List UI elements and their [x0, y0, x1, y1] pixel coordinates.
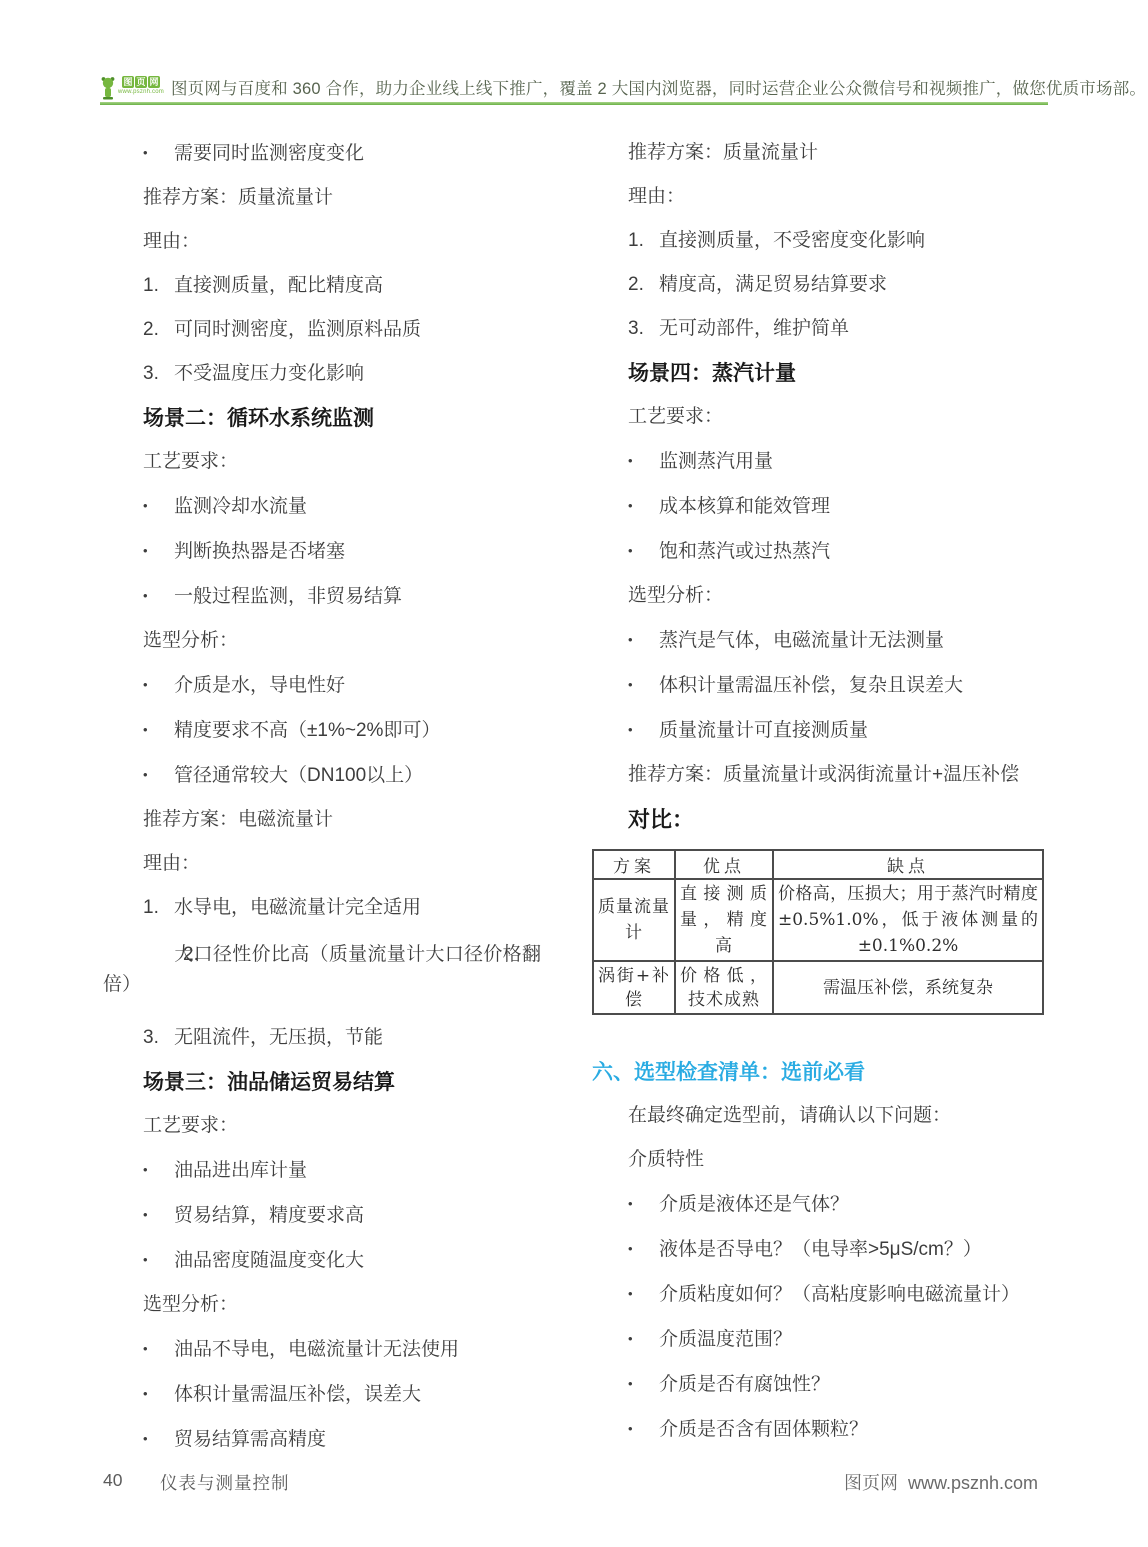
- logo-mascot-icon: [100, 76, 116, 102]
- site-logo: 图 页 网 www.psznh.com: [100, 76, 164, 102]
- bullet-item: •介质是水，导电性好: [143, 673, 565, 697]
- bullet-glyph: •: [628, 628, 659, 651]
- paragraph: 选型分析：: [143, 629, 565, 652]
- table-header-cell: 缺点: [773, 850, 1043, 879]
- paragraph: 工艺要求：: [143, 1114, 565, 1137]
- section-heading: 场景三：油品储运贸易结算: [143, 1070, 565, 1095]
- bullet-glyph: •: [143, 763, 174, 786]
- bullet-glyph: •: [628, 449, 659, 472]
- bullet-glyph: •: [143, 141, 174, 164]
- numbered-item: 3.不受温度压力变化影响: [143, 362, 565, 385]
- numbered-item: 1.直接测质量，配比精度高: [143, 274, 565, 297]
- footer-url: www.psznh.com: [908, 1473, 1038, 1493]
- item-text: 液体是否导电？（电导率>5μS/cm？）: [659, 1239, 982, 1260]
- logo-tile: 页: [135, 76, 147, 88]
- logo-tiles: 图 页 网: [122, 76, 160, 88]
- bullet-glyph: •: [628, 539, 659, 562]
- bullet-glyph: •: [143, 718, 174, 741]
- paragraph: 推荐方案：质量流量计: [143, 186, 565, 209]
- table-cell-cons: 需温压补偿，系统复杂: [773, 961, 1043, 1014]
- bullet-glyph: •: [628, 1417, 659, 1440]
- numbered-item: 2.精度高，满足贸易结算要求: [628, 273, 1045, 296]
- numbered-item: 1.水导电，电磁流量计完全适用: [143, 896, 565, 919]
- bullet-item: •油品进出库计量: [143, 1158, 565, 1182]
- comparison-table: 方案 优点 缺点 质量流量计 直接测质量，精度高 价格高，压损大；用于蒸汽时精度…: [592, 849, 1044, 1015]
- section-heading: 场景二：循环水系统监测: [143, 406, 565, 431]
- bullet-glyph: •: [628, 494, 659, 517]
- header-bar: 图 页 网 www.psznh.com 图页网与百度和 360 合作，助力企业线…: [100, 76, 1048, 102]
- item-text: 介质是液体还是气体？: [659, 1194, 849, 1215]
- number-glyph: 1.: [143, 274, 174, 297]
- number-glyph: 2.: [143, 318, 174, 341]
- bullet-glyph: •: [628, 718, 659, 741]
- bullet-glyph: •: [143, 1158, 174, 1181]
- item-text: 一般过程监测，非贸易结算: [174, 586, 402, 607]
- number-glyph: 2.: [628, 273, 659, 296]
- item-text: 成本核算和能效管理: [659, 496, 830, 517]
- table-cell-plan: 涡街+补偿: [593, 961, 675, 1014]
- bullet-item: •介质是否有腐蚀性？: [628, 1372, 1045, 1396]
- item-text: 不受温度压力变化影响: [174, 363, 364, 384]
- logo-tile: 图: [122, 76, 134, 88]
- logo-tile: 网: [148, 76, 160, 88]
- paragraph: 工艺要求：: [143, 450, 565, 473]
- item-text: 无阻流件，无压损，节能: [174, 1027, 383, 1048]
- paragraph: 选型分析：: [143, 1293, 565, 1316]
- bullet-item: •贸易结算，精度要求高: [143, 1203, 565, 1227]
- bullet-item: •质量流量计可直接测质量: [628, 718, 1045, 742]
- bullet-glyph: •: [143, 1337, 174, 1360]
- numbered-item: 2.大口径性价比高（质量流量计大口径价格翻倍）: [103, 940, 565, 1000]
- item-text: 介质是否有腐蚀性？: [659, 1374, 830, 1395]
- logo-url: www.psznh.com: [118, 88, 164, 96]
- bullet-item: •需要同时监测密度变化: [143, 141, 565, 165]
- paragraph: 理由：: [143, 852, 565, 875]
- table-header-cell: 优点: [675, 850, 773, 879]
- item-text: 介质是水，导电性好: [174, 675, 345, 696]
- bullet-item: •一般过程监测，非贸易结算: [143, 584, 565, 608]
- page-number: 40: [103, 1470, 122, 1491]
- bullet-item: •管径通常较大（DN100以上）: [143, 763, 565, 787]
- item-text: 贸易结算需高精度: [174, 1429, 326, 1450]
- bullet-glyph: •: [143, 1427, 174, 1450]
- bullet-glyph: •: [143, 1203, 174, 1226]
- paragraph: 理由：: [628, 185, 1045, 208]
- item-text: 体积计量需温压补偿，误差大: [174, 1384, 421, 1405]
- bullet-item: •介质是液体还是气体？: [628, 1192, 1045, 1216]
- paragraph: 推荐方案：质量流量计: [628, 141, 1045, 164]
- table-row: 涡街+补偿 价格低，技术成熟 需温压补偿，系统复杂: [593, 961, 1043, 1014]
- item-text: 无可动部件，维护简单: [659, 318, 849, 339]
- bullet-item: •蒸汽是气体，电磁流量计无法测量: [628, 628, 1045, 652]
- table-cell-plan: 质量流量计: [593, 879, 675, 961]
- item-text: 油品密度随温度变化大: [174, 1250, 364, 1271]
- compare-heading: 对比：: [628, 807, 1045, 833]
- item-text: 质量流量计可直接测质量: [659, 720, 868, 741]
- item-text: 管径通常较大（DN100以上）: [174, 765, 423, 786]
- bullet-item: •介质粘度如何？（高粘度影响电磁流量计）: [628, 1282, 1045, 1306]
- bullet-glyph: •: [628, 1192, 659, 1215]
- item-text: 监测冷却水流量: [174, 496, 307, 517]
- item-text: 蒸汽是气体，电磁流量计无法测量: [659, 630, 944, 651]
- item-text: 介质是否含有固体颗粒？: [659, 1419, 868, 1440]
- item-text: 精度要求不高（±1%~2%即可）: [174, 720, 440, 741]
- bullet-glyph: •: [628, 673, 659, 696]
- paragraph: 介质特性: [628, 1148, 1045, 1171]
- bullet-item: •体积计量需温压补偿，复杂且误差大: [628, 673, 1045, 697]
- item-text: 直接测质量，配比精度高: [174, 275, 383, 296]
- numbered-item: 2.可同时测密度，监测原料品质: [143, 318, 565, 341]
- bullet-item: •饱和蒸汽或过热蒸汽: [628, 539, 1045, 563]
- number-glyph: 3.: [143, 1026, 174, 1049]
- table-row: 质量流量计 直接测质量，精度高 价格高，压损大；用于蒸汽时精度±0.5%1.0%…: [593, 879, 1043, 961]
- item-text: 判断换热器是否堵塞: [174, 541, 345, 562]
- numbered-item: 1.直接测质量，不受密度变化影响: [628, 229, 1045, 252]
- bullet-item: •油品密度随温度变化大: [143, 1248, 565, 1272]
- item-text: 油品不导电，电磁流量计无法使用: [174, 1339, 459, 1360]
- item-text: 可同时测密度，监测原料品质: [174, 319, 421, 340]
- bullet-glyph: •: [628, 1237, 659, 1260]
- item-text: 贸易结算，精度要求高: [174, 1205, 364, 1226]
- footer-section-label: 仪表与测量控制: [160, 1470, 290, 1495]
- number-glyph: 2.: [143, 940, 174, 970]
- item-text: 体积计量需温压补偿，复杂且误差大: [659, 675, 963, 696]
- item-text: 直接测质量，不受密度变化影响: [659, 230, 925, 251]
- bullet-item: •体积计量需温压补偿，误差大: [143, 1382, 565, 1406]
- bullet-item: •介质是否含有固体颗粒？: [628, 1417, 1045, 1441]
- bullet-glyph: •: [143, 673, 174, 696]
- checklist-heading: 六、选型检查清单：选前必看: [592, 1060, 1045, 1085]
- header-divider: [100, 102, 1048, 105]
- item-text: 需要同时监测密度变化: [174, 143, 364, 164]
- logo-wordmark: 图 页 网 www.psznh.com: [118, 76, 164, 96]
- paragraph: 理由：: [143, 230, 565, 253]
- item-text: 介质粘度如何？（高粘度影响电磁流量计）: [659, 1284, 1020, 1305]
- header-promo-text: 图页网与百度和 360 合作，助力企业线上线下推广，覆盖 2 大国内浏览器，同时…: [171, 76, 1146, 100]
- item-text: 水导电，电磁流量计完全适用: [174, 897, 421, 918]
- paragraph: 推荐方案：电磁流量计: [143, 808, 565, 831]
- bullet-item: •成本核算和能效管理: [628, 494, 1045, 518]
- bullet-glyph: •: [143, 584, 174, 607]
- paragraph: 工艺要求：: [628, 405, 1045, 428]
- bullet-item: •精度要求不高（±1%~2%即可）: [143, 718, 565, 742]
- bullet-item: •监测冷却水流量: [143, 494, 565, 518]
- page: 图 页 网 www.psznh.com 图页网与百度和 360 合作，助力企业线…: [0, 0, 1148, 1547]
- item-text: 饱和蒸汽或过热蒸汽: [659, 541, 830, 562]
- item-text: 油品进出库计量: [174, 1160, 307, 1181]
- paragraph: 推荐方案：质量流量计或涡街流量计+温压补偿: [628, 763, 1045, 786]
- bullet-glyph: •: [143, 494, 174, 517]
- section-heading: 场景四：蒸汽计量: [628, 361, 1045, 386]
- table-cell-pros: 直接测质量，精度高: [675, 879, 773, 961]
- footer-brand: 图页网: [844, 1473, 898, 1493]
- bullet-glyph: •: [628, 1327, 659, 1350]
- footer-right: 图页网www.psznh.com: [844, 1469, 1038, 1495]
- number-glyph: 1.: [143, 896, 174, 919]
- numbered-item: 3.无可动部件，维护简单: [628, 317, 1045, 340]
- bullet-glyph: •: [143, 1248, 174, 1271]
- bullet-item: •油品不导电，电磁流量计无法使用: [143, 1337, 565, 1361]
- bullet-glyph: •: [143, 1382, 174, 1405]
- bullet-glyph: •: [143, 539, 174, 562]
- bullet-item: •液体是否导电？（电导率>5μS/cm？）: [628, 1237, 1045, 1261]
- bullet-item: •贸易结算需高精度: [143, 1427, 565, 1451]
- bullet-item: •判断换热器是否堵塞: [143, 539, 565, 563]
- table-header-cell: 方案: [593, 850, 675, 879]
- item-text: 介质温度范围？: [659, 1329, 792, 1350]
- item-text: 监测蒸汽用量: [659, 451, 773, 472]
- right-column: 推荐方案：质量流量计 理由： 1.直接测质量，不受密度变化影响 2.精度高，满足…: [592, 141, 1045, 1462]
- paragraph: 选型分析：: [628, 584, 1045, 607]
- bullet-item: •介质温度范围？: [628, 1327, 1045, 1351]
- paragraph: 在最终确定选型前，请确认以下问题：: [628, 1104, 1045, 1127]
- table-header-row: 方案 优点 缺点: [593, 850, 1043, 879]
- number-glyph: 1.: [628, 229, 659, 252]
- left-column: •需要同时监测密度变化 推荐方案：质量流量计 理由： 1.直接测质量，配比精度高…: [103, 141, 565, 1472]
- bullet-glyph: •: [628, 1372, 659, 1395]
- number-glyph: 3.: [628, 317, 659, 340]
- table-cell-pros: 价格低，技术成熟: [675, 961, 773, 1014]
- table-cell-cons: 价格高，压损大；用于蒸汽时精度±0.5%1.0%，低于液体测量的±0.1%0.2…: [773, 879, 1043, 961]
- numbered-item: 3.无阻流件，无压损，节能: [143, 1026, 565, 1049]
- number-glyph: 3.: [143, 362, 174, 385]
- bullet-glyph: •: [628, 1282, 659, 1305]
- bullet-item: •监测蒸汽用量: [628, 449, 1045, 473]
- item-text: 精度高，满足贸易结算要求: [659, 274, 887, 295]
